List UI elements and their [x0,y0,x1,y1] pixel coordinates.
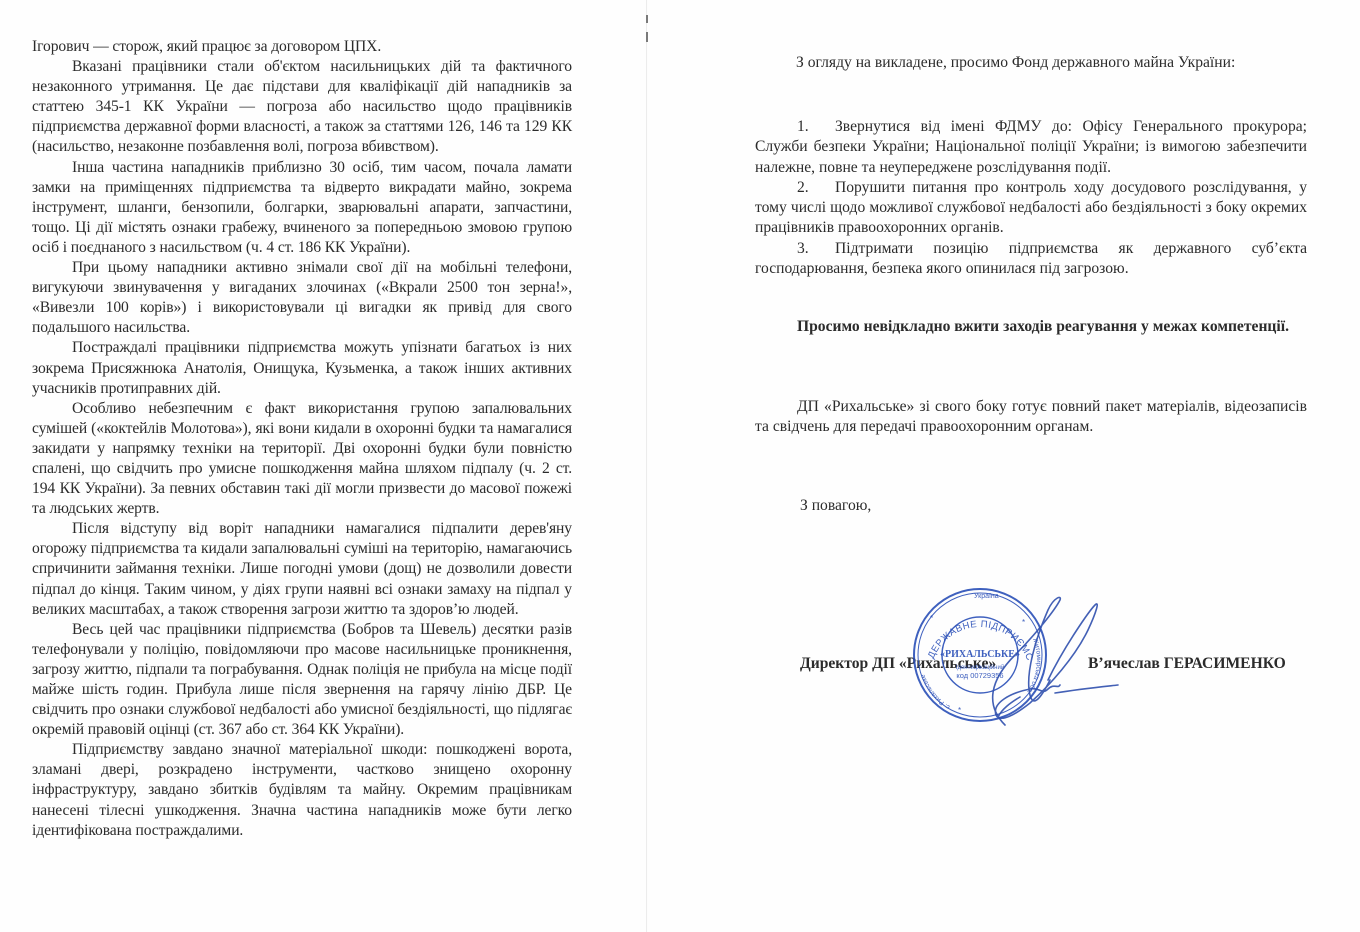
closing-regards: З повагою, [800,497,871,515]
paragraph: Інша частина нападників приблизно 30 осі… [32,158,572,258]
paragraph: Особливо небезпечним є факт використання… [32,399,572,520]
request-item: 2.Порушити питання про контроль ходу дос… [755,178,1307,239]
request-text: Звернутися від імені ФДМУ до: Офісу Гене… [755,118,1307,176]
document-spread: Ігорович — сторож, який працює за догово… [0,0,1360,932]
request-item: 3.Підтримати позицію підприємства як дер… [755,239,1307,280]
paragraph: Ігорович — сторож, який працює за догово… [32,37,572,57]
paragraph: Весь цей час працівники підприємства (Бо… [32,620,572,741]
request-number: 1. [797,117,835,137]
left-page: Ігорович — сторож, який працює за догово… [0,0,647,932]
request-intro: З огляду на викладене, просимо Фонд держ… [796,54,1235,72]
request-text: Порушити питання про контроль ходу досуд… [755,179,1307,237]
request-number: 3. [797,239,835,259]
urgent-request: Просимо невідкладно вжити заходів реагув… [755,317,1307,337]
paragraph: Постраждалі працівники підприємства можу… [32,338,572,398]
paragraph: Вказані працівники стали об'єктом насиль… [32,57,572,157]
request-list: 1.Звернутися від імені ФДМУ до: Офісу Ге… [755,117,1307,279]
paragraph: При цьому нападники активно знімали свої… [32,258,572,338]
left-page-body: Ігорович — сторож, який працює за догово… [32,37,572,841]
request-number: 2. [797,178,835,198]
request-text: Підтримати позицію підприємства як держа… [755,240,1307,277]
preparation-note: ДП «Рихальське» зі свого боку готує повн… [755,397,1307,438]
paragraph: Підприємству завдано значної матеріально… [32,740,572,840]
page-gutter-divider [646,0,647,932]
request-item: 1.Звернутися від імені ФДМУ до: Офісу Ге… [755,117,1307,178]
paragraph: Після відступу від воріт нападники намаг… [32,519,572,619]
signatory-title: Директор ДП «Рихальське» [800,655,996,673]
signatory-name: В’ячеслав ГЕРАСИМЕНКО [1088,655,1286,673]
